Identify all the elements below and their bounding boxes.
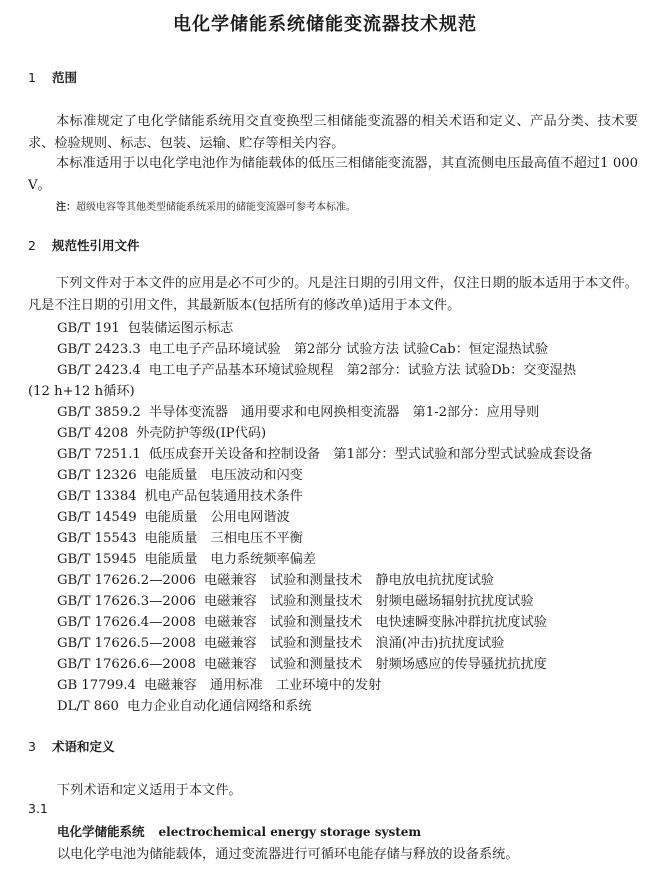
- reference-item: GB/T 17626.3—2006电磁兼容 试验和测量技术 射频电磁场辐射抗扰度…: [57, 590, 534, 609]
- section-title: 术语和定义: [52, 739, 115, 754]
- reference-item: GB/T 15543电能质量 三相电压不平衡: [57, 527, 303, 546]
- section-1-heading: 1范围: [28, 68, 77, 86]
- section-3-heading: 3术语和定义: [28, 737, 115, 755]
- section-number: 3: [28, 739, 52, 754]
- reference-item: GB/T 3859.2半导体变流器 通用要求和电网换相变流器 第1-2部分：应用…: [57, 401, 539, 420]
- document-title: 电化学储能系统储能变流器技术规范: [0, 10, 650, 36]
- terms-intro: 下列术语和定义适用于本文件。: [57, 779, 242, 798]
- reference-item: GB/T 13384机电产品包装通用技术条件: [57, 485, 303, 504]
- reference-item: GB/T 17626.6—2008电磁兼容 试验和测量技术 射频场感应的传导骚扰…: [57, 653, 547, 672]
- reference-item: GB/T 15945电能质量 电力系统频率偏差: [57, 548, 316, 567]
- scope-note: 注：超级电容等其他类型储能系统采用的储能变流器可参考本标准。: [56, 198, 356, 213]
- reference-item: GB/T 4208外壳防护等级(IP代码): [57, 422, 266, 441]
- scope-paragraph-1: 本标准规定了电化学储能系统用交直变换型三相储能变流器的相关术语和定义、产品分类、…: [28, 111, 638, 155]
- section-number: 2: [28, 238, 52, 253]
- term-heading: 电化学储能系统electrochemical energy storage sy…: [57, 822, 421, 840]
- reference-item: GB/T 2423.3电工电子产品环境试验 第2部分 试验方法 试验Cab：恒定…: [57, 338, 548, 357]
- reference-item-continuation: (12 h+12 h循环): [28, 380, 135, 399]
- reference-item: DL/T 860电力企业自动化通信网络和系统: [57, 695, 312, 714]
- reference-item: GB/T 12326电能质量 电压波动和闪变: [57, 464, 303, 483]
- references-intro: 下列文件对于本文件的应用是必不可少的。凡是注日期的引用文件，仅注日期的版本适用于…: [28, 273, 638, 317]
- term-definition: 以电化学电池为储能载体，通过变流器进行可循环电能存储与释放的设备系统。: [57, 843, 519, 862]
- section-title: 规范性引用文件: [52, 238, 140, 253]
- reference-item: GB/T 191包装储运图示标志: [57, 317, 233, 336]
- term-en: electrochemical energy storage system: [159, 825, 422, 839]
- note-text: 超级电容等其他类型储能系统采用的储能变流器可参考本标准。: [76, 202, 356, 213]
- reference-item: GB/T 17626.2—2006电磁兼容 试验和测量技术 静电放电抗扰度试验: [57, 569, 494, 588]
- reference-item: GB/T 7251.1低压成套开关设备和控制设备 第1部分：型式试验和部分型式试…: [57, 443, 592, 462]
- reference-item: GB/T 17626.4—2008电磁兼容 试验和测量技术 电快速瞬变脉冲群抗扰…: [57, 611, 547, 630]
- section-2-heading: 2规范性引用文件: [28, 236, 140, 254]
- reference-item: GB 17799.4电磁兼容 通用标准 工业环境中的发射: [57, 674, 381, 693]
- reference-item: GB/T 17626.5—2008电磁兼容 试验和测量技术 浪涌(冲击)抗扰度试…: [57, 632, 504, 651]
- section-title: 范围: [52, 70, 77, 85]
- term-number: 3.1: [28, 801, 48, 816]
- term-zh: 电化学储能系统: [57, 824, 145, 839]
- scope-paragraph-2: 本标准适用于以电化学电池作为储能载体的低压三相储能变流器，其直流侧电压最高值不超…: [28, 153, 638, 197]
- reference-item: GB/T 14549电能质量 公用电网谐波: [57, 506, 290, 525]
- reference-item: GB/T 2423.4电工电子产品基本环境试验规程 第2部分：试验方法 试验Db…: [57, 359, 576, 378]
- note-label: 注：: [56, 202, 76, 213]
- section-number: 1: [28, 70, 52, 85]
